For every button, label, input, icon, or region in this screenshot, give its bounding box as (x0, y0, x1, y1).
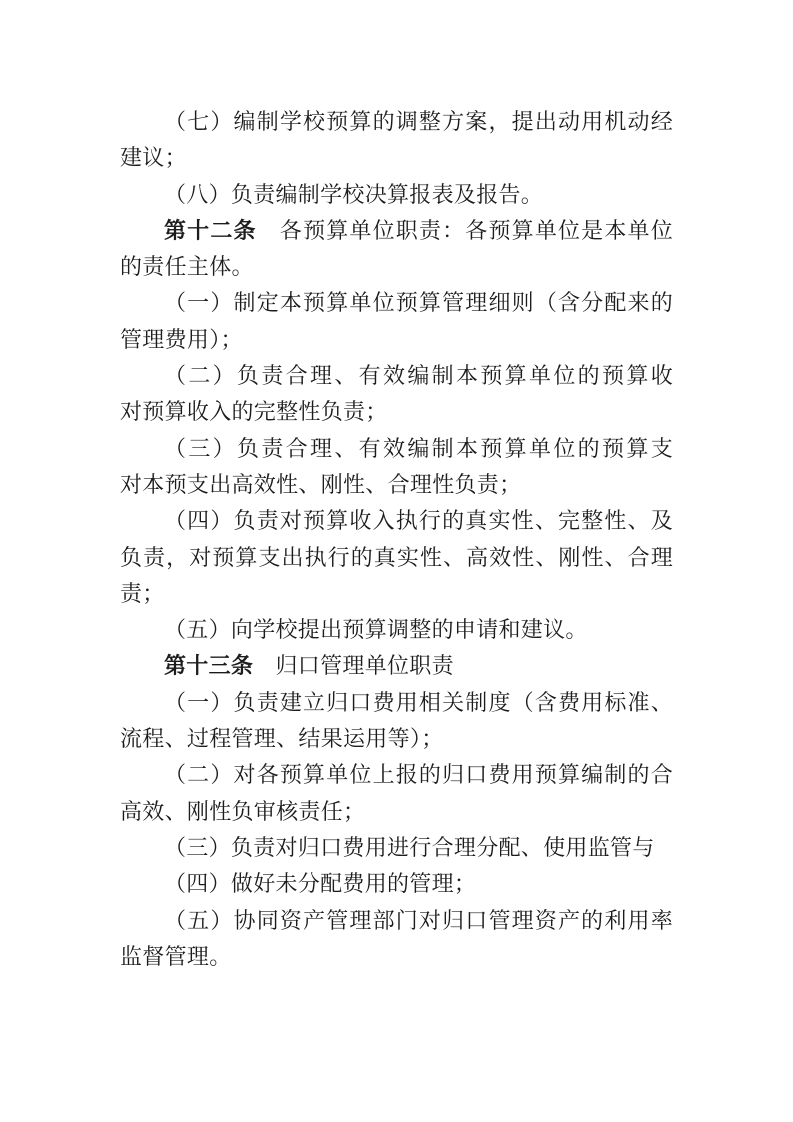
text-run: （五）向学校提出预算调整的申请和建议。 (164, 617, 588, 642)
document-page: （七）编制学校预算的调整方案，提出动用机动经费的建议；（八）负责编制学校决算报表… (0, 0, 793, 1122)
article-number-heading: 第十三条 (164, 653, 253, 678)
text-run: （一）负责建立归口费用相关制度（含费用标准、原则、 (164, 690, 673, 721)
text-run: 对预算收入的完整性负责； (120, 399, 388, 424)
text-line: （二）对各预算单位上报的归口费用预算编制的合理、 (120, 757, 673, 793)
text-run: 管理费用）； (120, 327, 243, 352)
text-line: （七）编制学校预算的调整方案，提出动用机动经费的 (120, 104, 673, 140)
text-run: 的责任主体。 (120, 254, 254, 279)
document-body: （七）编制学校预算的调整方案，提出动用机动经费的建议；（八）负责编制学校决算报表… (120, 104, 673, 975)
text-run: 建议； (120, 145, 187, 170)
text-line: （一）负责建立归口费用相关制度（含费用标准、原则、 (120, 685, 673, 721)
text-line: （五）向学校提出预算调整的申请和建议。 (120, 612, 673, 648)
text-line: 对预算收入的完整性负责； (120, 394, 673, 430)
text-run: （四）负责对预算收入执行的真实性、完整性、及时性 (164, 508, 673, 539)
text-run: 责； (120, 581, 165, 606)
text-line: 对本预支出高效性、刚性、合理性负责； (120, 467, 673, 503)
text-line: （四）做好未分配费用的管理； (120, 866, 673, 902)
text-line: 的责任主体。 (120, 249, 673, 285)
text-line: 负责，对预算支出执行的真实性、高效性、刚性、合理性负 (120, 540, 673, 576)
text-run: （三）负责对归口费用进行合理分配、使用监管与指导； (164, 835, 655, 866)
text-run: （五）协同资产管理部门对归口管理资产的利用率进行 (164, 908, 673, 939)
text-line: 第十三条 归口管理单位职责 (120, 648, 673, 684)
text-line: （二）负责合理、有效编制本预算单位的预算收入，并 (120, 358, 673, 394)
text-line: （八）负责编制学校决算报表及报告。 (120, 177, 673, 213)
text-line: 流程、过程管理、结果运用等）； (120, 721, 673, 757)
text-line: （四）负责对预算收入执行的真实性、完整性、及时性 (120, 503, 673, 539)
text-run: 负责，对预算支出执行的真实性、高效性、刚性、合理性负 (120, 545, 673, 576)
text-line: 高效、刚性负审核责任； (120, 794, 673, 830)
text-run: 归口管理单位职责 (253, 653, 454, 678)
text-line: （三）负责对归口费用进行合理分配、使用监管与指导； (120, 830, 673, 866)
article-number-heading: 第十二条 (164, 218, 257, 243)
text-run: 监督管理。 (120, 944, 232, 969)
text-line: 监督管理。 (120, 939, 673, 975)
text-run: （三）负责合理、有效编制本预算单位的预算支出，并 (164, 436, 673, 467)
text-line: 责； (120, 576, 673, 612)
text-line: 建议； (120, 140, 673, 176)
text-run: （七）编制学校预算的调整方案，提出动用机动经费的 (164, 109, 673, 140)
text-run: 高效、刚性负审核责任； (120, 799, 365, 824)
text-line: （三）负责合理、有效编制本预算单位的预算支出，并 (120, 431, 673, 467)
text-run: （二）对各预算单位上报的归口费用预算编制的合理、 (164, 762, 673, 793)
text-run: （一）制定本预算单位预算管理细则（含分配来的归口 (164, 290, 673, 321)
text-run: 流程、过程管理、结果运用等）； (120, 726, 444, 751)
text-run: （二）负责合理、有效编制本预算单位的预算收入，并 (164, 363, 673, 394)
text-run: 对本预支出高效性、刚性、合理性负责； (120, 472, 521, 497)
text-run: （八）负责编制学校决算报表及报告。 (164, 182, 543, 207)
text-run: （四）做好未分配费用的管理； (164, 871, 476, 896)
text-line: 管理费用）； (120, 322, 673, 358)
text-line: （一）制定本预算单位预算管理细则（含分配来的归口 (120, 285, 673, 321)
text-line: （五）协同资产管理部门对归口管理资产的利用率进行 (120, 903, 673, 939)
text-line: 第十二条 各预算单位职责：各预算单位是本单位预算 (120, 213, 673, 249)
